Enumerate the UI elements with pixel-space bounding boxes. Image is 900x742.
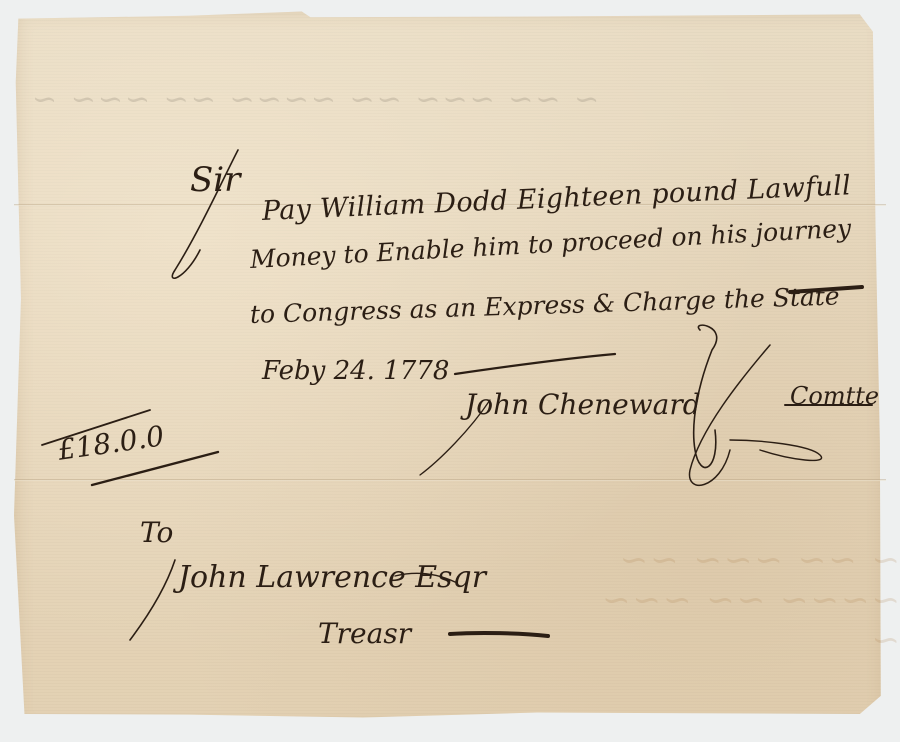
addressee-name: John Lawrence Esqr <box>178 560 486 595</box>
addressee-title: Treasr <box>318 617 411 650</box>
salutation: Sir <box>190 160 240 200</box>
address-prefix: To <box>140 516 173 549</box>
date: Feby 24. 1778 <box>262 356 449 386</box>
bleed-through-text-bottom: ~ ~~ ~~~ ~~ ~~~~ ~~ ~~~ ~ <box>560 540 900 660</box>
fold-line-lower <box>14 479 886 481</box>
bleed-through-text-top: ~ ~~ ~~~ ~~ ~~~~ ~~ ~~~ ~ <box>30 82 599 117</box>
signature-title: Comtte <box>790 382 879 410</box>
signature: John Cheneward <box>465 388 701 421</box>
